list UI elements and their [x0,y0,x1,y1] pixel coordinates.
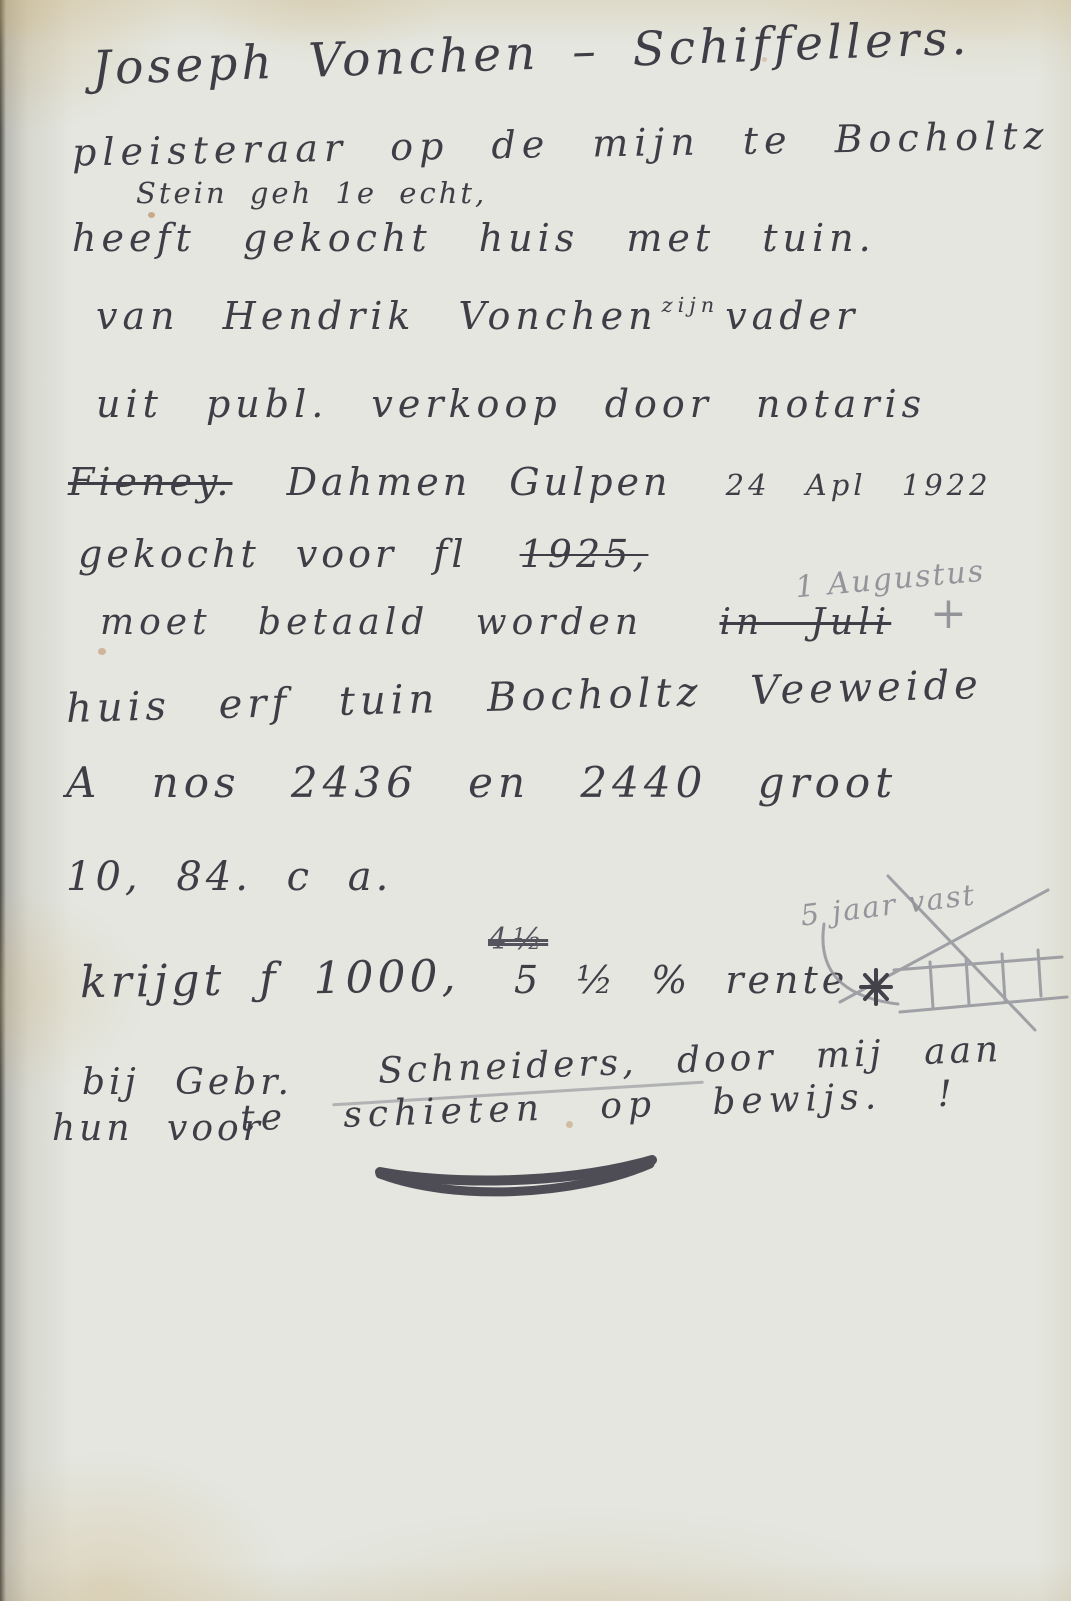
line-area: 10, 84. c a. [66,854,392,900]
pencil-plus-mark: + [930,588,967,639]
paper-stain [98,648,106,655]
line-parcel: huis erf tuin Bocholtz Veeweide [66,662,984,732]
price-label: gekocht voor fl [78,532,468,576]
price-amount: 1925, [520,532,649,576]
heavy-underline-flourish [368,1146,668,1208]
insert-marriage-note: Stein geh 1e echt, [136,176,487,210]
line-occupation: pleisteraar op de mijn te Bocholtz [72,113,1050,174]
line-advance: hun voor [52,1108,264,1149]
seller-text-2: vader [725,294,859,338]
notary-name: Dahmen Gulpen [287,460,672,504]
handwritten-note-page: Joseph Vonchen – Schiffellers. pleistera… [0,0,1071,1601]
line-price: gekocht voor fl 1925, [78,532,648,576]
line-loan: krijgt ƒ 1000, [80,951,460,1009]
note-title: Joseph Vonchen – Schiffellers. [91,11,971,97]
superscript-zijn: zijn [662,293,720,317]
line-purchase: heeft gekocht huis met tuin. [72,216,876,260]
struck-notary-name: Fieney. [68,460,232,504]
pencil-tally-marks [820,862,1071,1052]
line-seller: van Hendrik Vonchenzijnvader [96,294,859,338]
line-sale: uit publ. verkoop door notaris [96,382,926,426]
struck-july: in Juli [719,602,891,643]
sale-date: 24 Apl 1922 [726,468,992,502]
line-payment: moet betaald worden in Juli [100,602,891,643]
line-notary: Fieney. Dahmen Gulpen 24 Apl 1922 [68,460,992,504]
seller-text: van Hendrik Vonchen [96,294,658,338]
payment-label: moet betaald worden [100,602,643,643]
scribbled-old-rate: 4½ [488,922,548,957]
line-parcel-numbers: A nos 2436 en 2440 groot [66,758,897,807]
line-interest-rate: 5 ½ % rente [514,958,848,1002]
asterisk-mark [861,970,891,1004]
